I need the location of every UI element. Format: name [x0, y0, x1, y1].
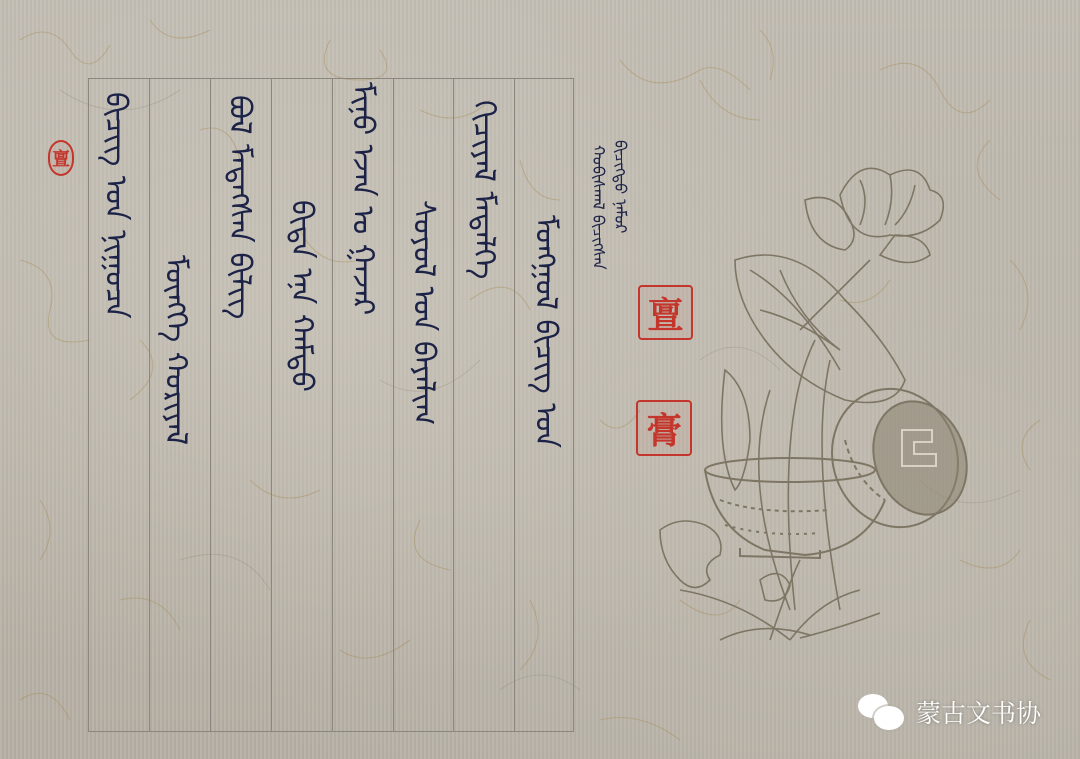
wechat-icon	[858, 692, 908, 732]
calligraphy-column-8: ᠮᠣᠩᠭᠣᠯ ᠪᠢᠴᠢᠭ ᠤᠨ	[530, 215, 560, 448]
column-divider	[149, 79, 150, 731]
lotus-bowl-illustration	[640, 140, 1000, 660]
leading-seal: 亶	[48, 140, 74, 176]
calligraphy-column-3: ᠪᠣᠯ ᠮᠡᠳᠡᠭᠰᠡᠨ ᠪᠢᠯᠢᠭ	[224, 95, 254, 319]
lotus-leaf-icon	[735, 255, 905, 403]
wechat-watermark: 蒙古文书协	[858, 692, 1041, 732]
watermark-text: 蒙古文书协	[916, 694, 1041, 730]
column-divider	[514, 79, 515, 731]
column-divider	[210, 79, 211, 731]
column-divider	[393, 79, 394, 731]
calligraphy-column-1: ᠪᠢᠴᠢᠭ ᠤᠨ ᠨᠢᠭᠤᠴᠠ	[100, 92, 130, 319]
signature-line-1: ᠬᠤᠪᠢᠰᠬᠠᠯ ᠪᠢᠴᠢᠭᠰᠡᠨ	[590, 145, 606, 270]
calligraphy-column-5: ᠮᠢᠨᠦ ᠡᠵᠡᠨ ᠤ ᠭᠠᠵᠠᠷ	[347, 82, 377, 315]
calligraphy-column-4: ᠪᠢᠳᠡ ᠡᠨᠡ ᠬᠠᠮᠲᠤ	[286, 200, 316, 392]
calligraphy-column-7: ᠬᠢᠴᠢᠶᠡᠯ ᠮᠡᠳᠡᠯᠭᠡ	[468, 100, 498, 279]
signature-line-2: ᠪᠢᠴᠢᠭᠲᠦ ᠨᠠᠮᠤᠷ	[612, 140, 628, 233]
column-divider	[453, 79, 454, 731]
calligraphy-column-2: ᠮᠥᠩᠭᠡ ᠬᠤᠷᠢᠶᠠᠯ	[160, 255, 190, 445]
column-divider	[271, 79, 272, 731]
lotus-flower-icon	[805, 168, 943, 262]
orchid-plant-icon	[680, 560, 880, 640]
calligraphy-column-6: ᠰᠣᠶᠣᠯ ᠤᠨ ᠪᠠᠶᠠᠯᠢᠭ	[408, 200, 438, 425]
column-divider	[332, 79, 333, 731]
decorated-bowl-icon	[705, 458, 885, 558]
